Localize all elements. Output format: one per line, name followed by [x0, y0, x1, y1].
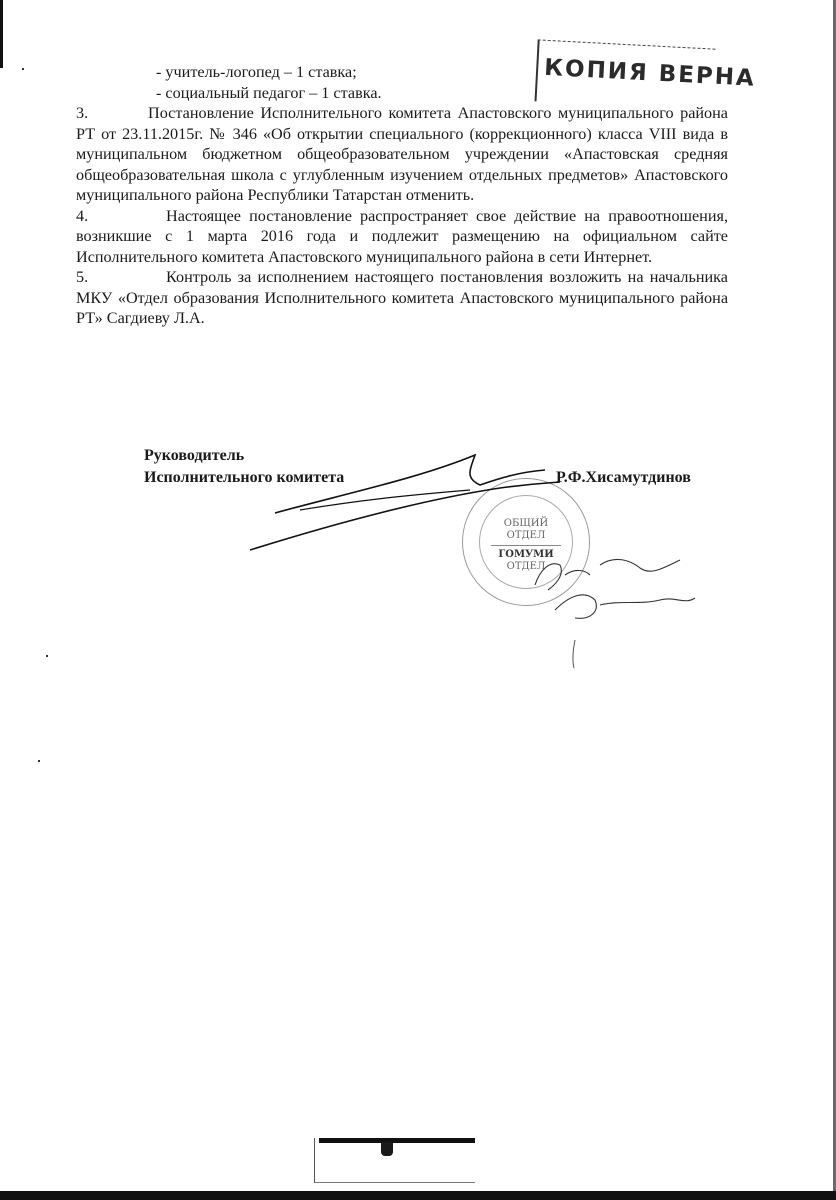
scan-speck [38, 760, 40, 762]
page-number-mark [381, 1142, 393, 1156]
scan-speck [22, 68, 24, 70]
scan-bottom-edge [0, 1191, 836, 1200]
handwritten-signature-icon [0, 0, 836, 700]
footer-bar [319, 1138, 475, 1143]
page-footer-mark [314, 1138, 475, 1183]
scan-speck [46, 655, 48, 657]
